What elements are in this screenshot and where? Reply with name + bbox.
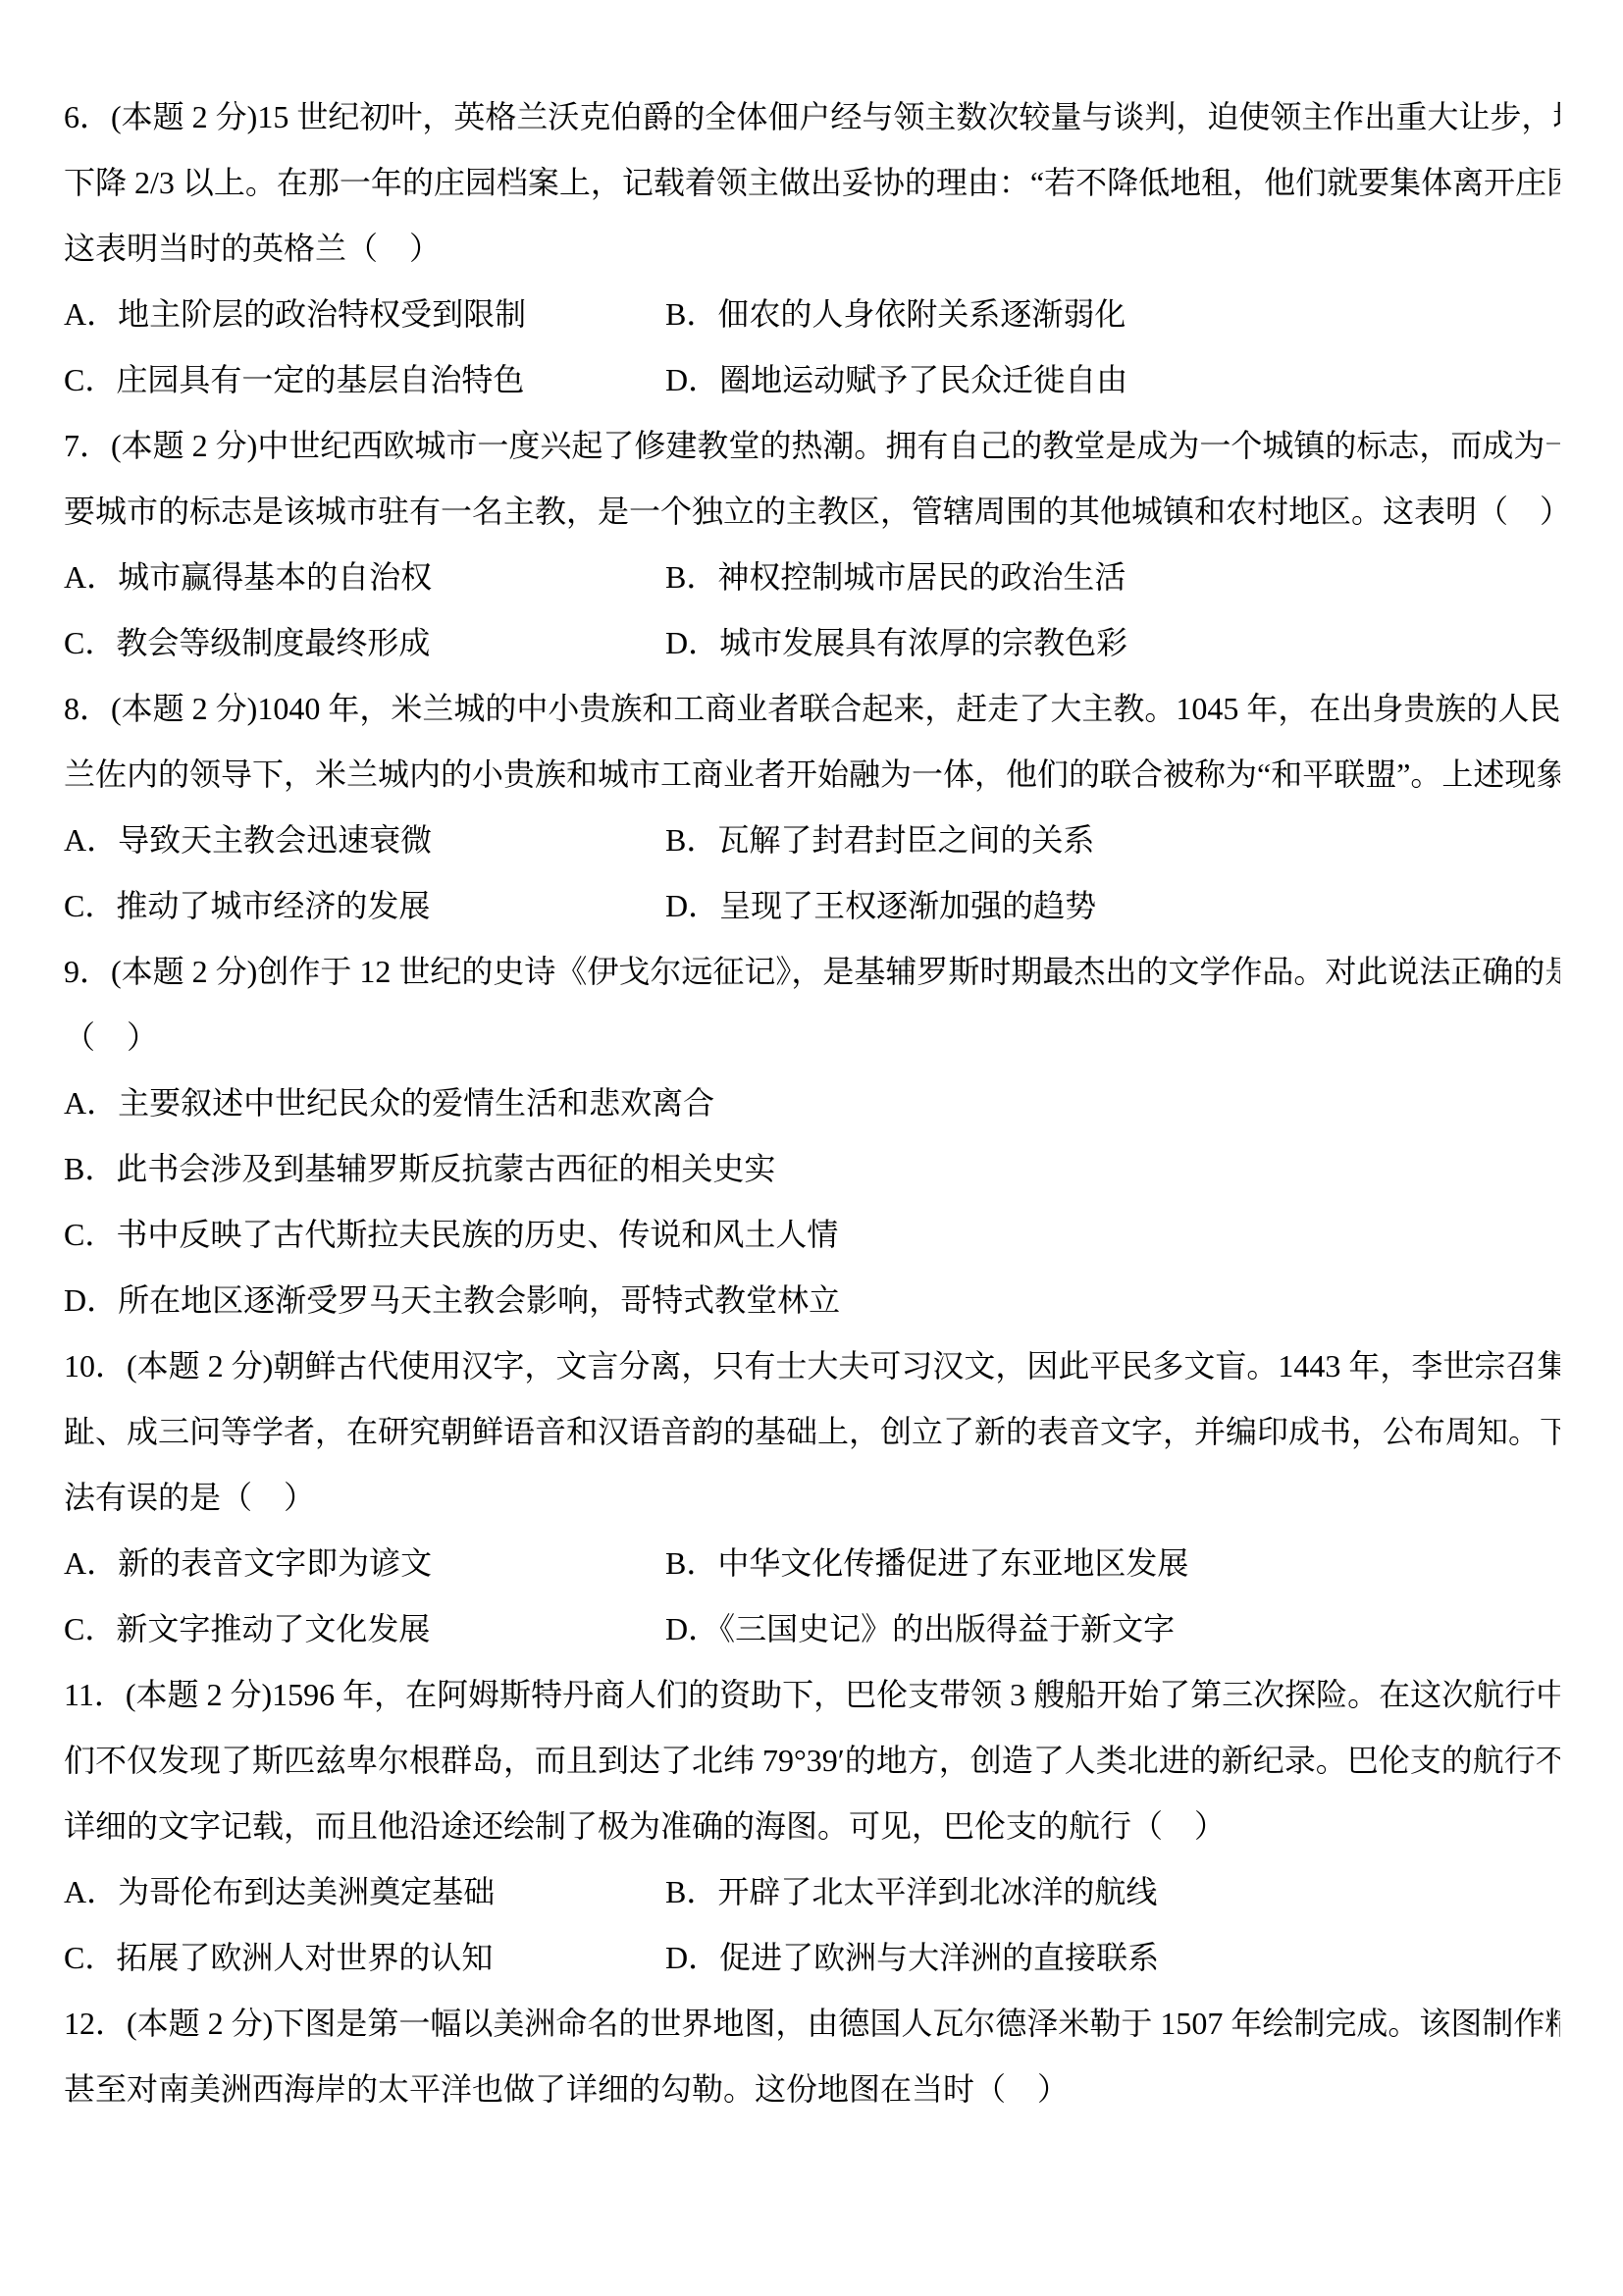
question-10-option-c: C．新文字推动了文化发展 bbox=[64, 1596, 665, 1662]
question-10-stem-line-1: 10．(本题 2 分)朝鲜古代使用汉字，文言分离，只有士大夫可习汉文，因此平民多… bbox=[64, 1333, 1560, 1399]
question-9-stem-line-2: （ ） bbox=[64, 1005, 1560, 1070]
question-7-stem-line-1: 7．(本题 2 分)中世纪西欧城市一度兴起了修建教堂的热潮。拥有自己的教堂是成为… bbox=[64, 413, 1560, 479]
question-10-stem-line-2: 趾、成三问等学者，在研究朝鲜语音和汉语音韵的基础上，创立了新的表音文字，并编印成… bbox=[64, 1399, 1560, 1465]
question-11-option-c: C．拓展了欧洲人对世界的认知 bbox=[64, 1925, 665, 1991]
question-10-option-a: A．新的表音文字即为谚文 bbox=[64, 1531, 665, 1596]
question-6-options-row-2: C．庄园具有一定的基层自治特色 D．圈地运动赋予了民众迁徙自由 bbox=[64, 347, 1560, 413]
question-6-stem-line-1: 6．(本题 2 分)15 世纪初叶，英格兰沃克伯爵的全体佃户经与领主数次较量与谈… bbox=[64, 84, 1560, 150]
question-11-option-a: A．为哥伦布到达美洲奠定基础 bbox=[64, 1859, 665, 1925]
question-8: 8．(本题 2 分)1040 年，米兰城的中小贵族和工商业者联合起来，赶走了大主… bbox=[64, 676, 1560, 939]
question-10-option-b: B．中华文化传播促进了东亚地区发展 bbox=[665, 1531, 1560, 1596]
question-8-option-d: D．呈现了王权逐渐加强的趋势 bbox=[665, 873, 1560, 939]
question-6-option-b: B．佃农的人身依附关系逐渐弱化 bbox=[665, 282, 1560, 347]
question-7-options-row-2: C．教会等级制度最终形成 D．城市发展具有浓厚的宗教色彩 bbox=[64, 610, 1560, 676]
question-7-stem-line-2: 要城市的标志是该城市驻有一名主教，是一个独立的主教区，管辖周围的其他城镇和农村地… bbox=[64, 479, 1560, 545]
question-8-options-row-2: C．推动了城市经济的发展 D．呈现了王权逐渐加强的趋势 bbox=[64, 873, 1560, 939]
question-6-option-d: D．圈地运动赋予了民众迁徙自由 bbox=[665, 347, 1560, 413]
question-6-options-row-1: A．地主阶层的政治特权受到限制 B．佃农的人身依附关系逐渐弱化 bbox=[64, 282, 1560, 347]
question-6-option-c: C．庄园具有一定的基层自治特色 bbox=[64, 347, 665, 413]
question-8-option-b: B．瓦解了封君封臣之间的关系 bbox=[665, 808, 1560, 873]
question-7-option-b: B．神权控制城市居民的政治生活 bbox=[665, 545, 1560, 610]
question-9: 9．(本题 2 分)创作于 12 世纪的史诗《伊戈尔远征记》，是基辅罗斯时期最杰… bbox=[64, 939, 1560, 1333]
question-6: 6．(本题 2 分)15 世纪初叶，英格兰沃克伯爵的全体佃户经与领主数次较量与谈… bbox=[64, 84, 1560, 413]
question-7-option-c: C．教会等级制度最终形成 bbox=[64, 610, 665, 676]
question-8-stem-line-2: 兰佐内的领导下，米兰城内的小贵族和城市工商业者开始融为一体，他们的联合被称为“和… bbox=[64, 742, 1560, 808]
question-11-stem-line-2: 们不仅发现了斯匹兹卑尔根群岛，而且到达了北纬 79°39′的地方，创造了人类北进… bbox=[64, 1728, 1560, 1794]
question-10-option-d: D．《三国史记》的出版得益于新文字 bbox=[665, 1596, 1560, 1662]
question-8-stem-line-1: 8．(本题 2 分)1040 年，米兰城的中小贵族和工商业者联合起来，赶走了大主… bbox=[64, 676, 1560, 742]
question-9-option-c: C．书中反映了古代斯拉夫民族的历史、传说和风土人情 bbox=[64, 1202, 1560, 1268]
question-10-options-row-2: C．新文字推动了文化发展 D．《三国史记》的出版得益于新文字 bbox=[64, 1596, 1560, 1662]
question-8-option-c: C．推动了城市经济的发展 bbox=[64, 873, 665, 939]
question-9-option-b: B．此书会涉及到基辅罗斯反抗蒙古西征的相关史实 bbox=[64, 1136, 1560, 1202]
question-7: 7．(本题 2 分)中世纪西欧城市一度兴起了修建教堂的热潮。拥有自己的教堂是成为… bbox=[64, 413, 1560, 676]
question-12: 12．(本题 2 分)下图是第一幅以美洲命名的世界地图，由德国人瓦尔德泽米勒于 … bbox=[64, 1991, 1560, 2122]
question-7-options-row-1: A．城市赢得基本的自治权 B．神权控制城市居民的政治生活 bbox=[64, 545, 1560, 610]
question-10: 10．(本题 2 分)朝鲜古代使用汉字，文言分离，只有士大夫可习汉文，因此平民多… bbox=[64, 1333, 1560, 1662]
question-8-option-a: A．导致天主教会迅速衰微 bbox=[64, 808, 665, 873]
question-11-options-row-1: A．为哥伦布到达美洲奠定基础 B．开辟了北太平洋到北冰洋的航线 bbox=[64, 1859, 1560, 1925]
question-6-stem-line-2: 下降 2/3 以上。在那一年的庄园档案上，记载着领主做出妥协的理由：“若不降低地… bbox=[64, 150, 1560, 216]
question-11-option-d: D．促进了欧洲与大洋洲的直接联系 bbox=[665, 1925, 1560, 1991]
question-6-option-a: A．地主阶层的政治特权受到限制 bbox=[64, 282, 665, 347]
question-8-options-row-1: A．导致天主教会迅速衰微 B．瓦解了封君封臣之间的关系 bbox=[64, 808, 1560, 873]
question-11: 11．(本题 2 分)1596 年，在阿姆斯特丹商人们的资助下，巴伦支带领 3 … bbox=[64, 1662, 1560, 1991]
question-9-stem-line-1: 9．(本题 2 分)创作于 12 世纪的史诗《伊戈尔远征记》，是基辅罗斯时期最杰… bbox=[64, 939, 1560, 1005]
question-9-option-a: A．主要叙述中世纪民众的爱情生活和悲欢离合 bbox=[64, 1070, 1560, 1136]
question-10-options-row-1: A．新的表音文字即为谚文 B．中华文化传播促进了东亚地区发展 bbox=[64, 1531, 1560, 1596]
question-10-stem-line-3: 法有误的是（ ） bbox=[64, 1465, 1560, 1531]
question-11-stem-line-3: 详细的文字记载，而且他沿途还绘制了极为准确的海图。可见，巴伦支的航行（ ） bbox=[64, 1794, 1560, 1859]
question-7-option-a: A．城市赢得基本的自治权 bbox=[64, 545, 665, 610]
exam-document-page: 6．(本题 2 分)15 世纪初叶，英格兰沃克伯爵的全体佃户经与领主数次较量与谈… bbox=[0, 0, 1623, 2296]
question-7-option-d: D．城市发展具有浓厚的宗教色彩 bbox=[665, 610, 1560, 676]
question-11-options-row-2: C．拓展了欧洲人对世界的认知 D．促进了欧洲与大洋洲的直接联系 bbox=[64, 1925, 1560, 1991]
question-11-stem-line-1: 11．(本题 2 分)1596 年，在阿姆斯特丹商人们的资助下，巴伦支带领 3 … bbox=[64, 1662, 1560, 1728]
question-12-stem-line-1: 12．(本题 2 分)下图是第一幅以美洲命名的世界地图，由德国人瓦尔德泽米勒于 … bbox=[64, 1991, 1560, 2057]
question-9-option-d: D．所在地区逐渐受罗马天主教会影响，哥特式教堂林立 bbox=[64, 1268, 1560, 1333]
question-12-stem-line-2: 甚至对南美洲西海岸的太平洋也做了详细的勾勒。这份地图在当时（ ） bbox=[64, 2057, 1560, 2122]
question-6-stem-line-3: 这表明当时的英格兰（ ） bbox=[64, 216, 1560, 282]
question-11-option-b: B．开辟了北太平洋到北冰洋的航线 bbox=[665, 1859, 1560, 1925]
